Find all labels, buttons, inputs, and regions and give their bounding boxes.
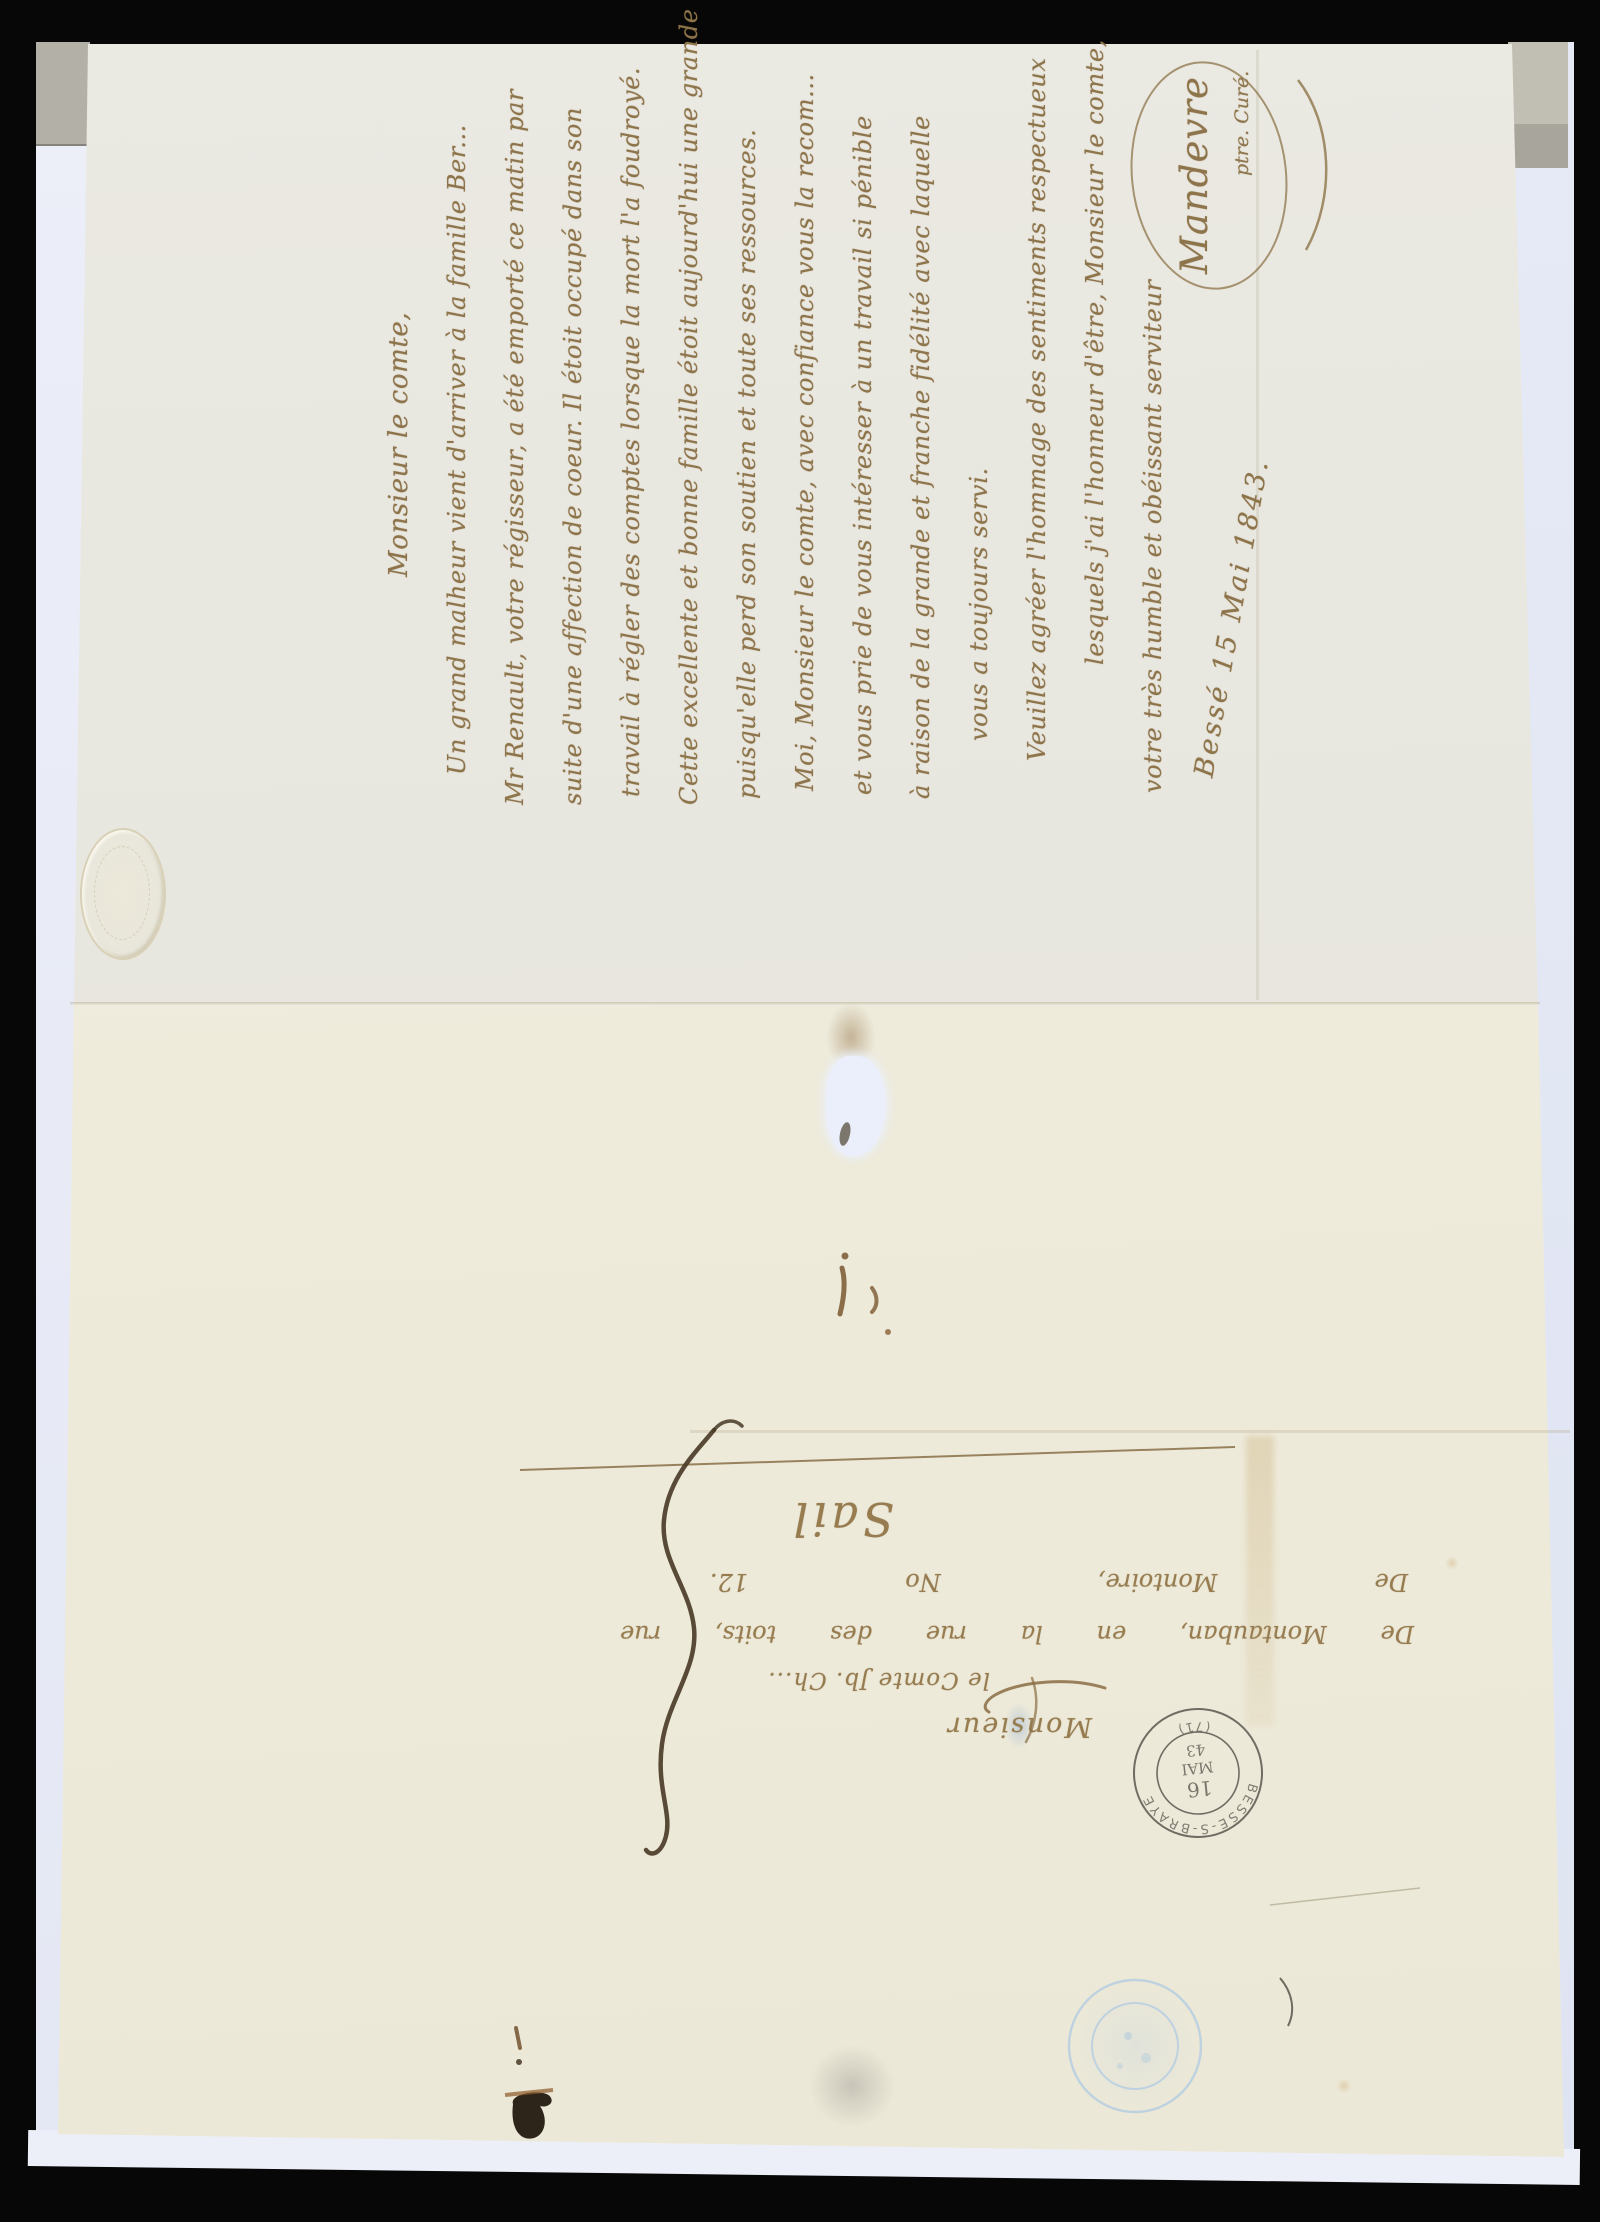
salutation-line: Monsieur le comte,: [370, 25, 428, 805]
letter-line: Cette excellente et bonne famille étoit …: [660, 25, 718, 805]
blue-postmark-wash: [1072, 1982, 1200, 2110]
letter-line: Moi, Monsieur le comte, avec confiance v…: [776, 25, 834, 805]
film-tab-left: [36, 42, 90, 146]
film-tab-right: [1508, 42, 1568, 124]
letter-line: suite d'une affection de coeur. Il étoit…: [544, 25, 602, 805]
foxing-spot: [1336, 2078, 1352, 2094]
letter-line: travail à régler des comptes lorsque la …: [602, 25, 660, 805]
signature-title: ptre. Curé.: [1231, 71, 1253, 176]
address-line: De Montauban, en la rue des toits, rue: [500, 1607, 1460, 1661]
scanned-letter-page: Monsieur le comte, Un grand malheur vien…: [0, 0, 1600, 2222]
address-flourish-word: Sail: [500, 1481, 1460, 1557]
fold-crease-horizontal: [70, 1002, 1540, 1006]
smudge-mark: [808, 2044, 896, 2128]
signature-block: Mandevre ptre. Curé.: [1095, 40, 1335, 300]
letter-line: et vous prie de vous intéresser à un tra…: [834, 25, 892, 805]
embossed-seal-inner: [94, 846, 150, 940]
fold-crease-lower: [690, 1430, 1570, 1433]
letter-line: Mr Renault, votre régisseur, a été empor…: [486, 25, 544, 805]
address-block: Monsieur le Comte Jb. Ch... De Montauban…: [500, 1468, 1460, 1753]
letter-line: puisqu'elle perd son soutien et toute se…: [718, 25, 776, 805]
film-tab-right-dark: [1508, 124, 1568, 168]
signature-name: Mandevre: [1173, 76, 1216, 274]
address-line: Monsieur: [500, 1699, 1460, 1753]
letter-line: Un grand malheur vient d'arriver à la fa…: [428, 25, 486, 805]
letter-line: à raison de la grande et franche fidélit…: [892, 25, 950, 805]
letter-body: Monsieur le comte, Un grand malheur vien…: [370, 25, 1180, 805]
address-line: le Comte Jb. Ch...: [500, 1661, 1460, 1699]
letter-line: Veuillez agréer l'hommage des sentiments…: [1008, 25, 1066, 805]
address-line: De Montoire, No 12.: [500, 1557, 1460, 1607]
letter-line: vous a toujours servi.: [950, 25, 1008, 805]
